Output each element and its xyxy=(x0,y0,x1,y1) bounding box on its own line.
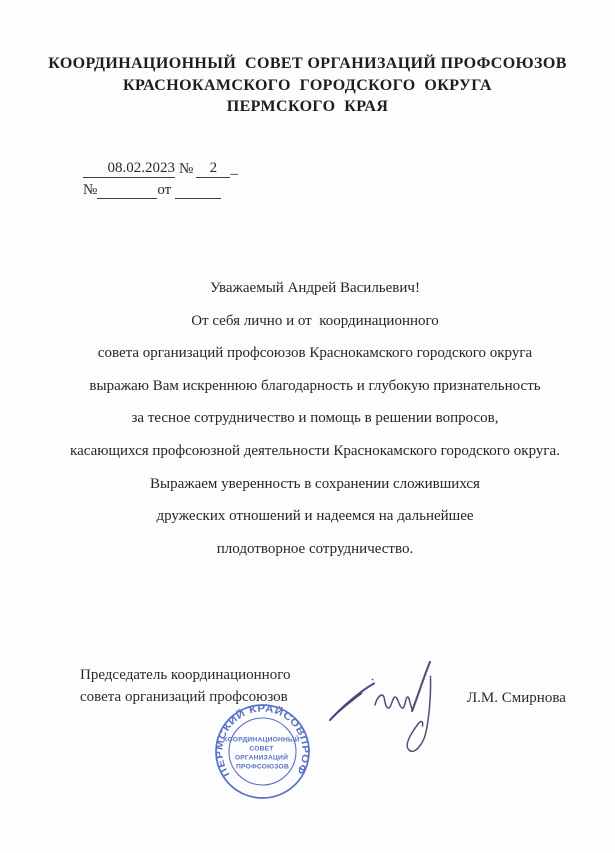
letter-body: Уважаемый Андрей Васильевич! От себя лич… xyxy=(50,272,580,565)
letterhead-line-2: КРАСНОКАМСКОГО ГОРОДСКОГО ОКРУГА xyxy=(0,75,615,97)
reference-row-date: 08.02.2023№2_ xyxy=(83,160,238,181)
number-sign: № xyxy=(179,161,193,178)
closing-position: Председатель координационного совета орг… xyxy=(80,664,290,708)
stamp-center-text: КООРДИНАЦИОННЫЙ СОВЕТ ОРГАНИЗАЦИЙ ПРОФСО… xyxy=(223,735,302,771)
body-line: выражаю Вам искреннюю благодарность и гл… xyxy=(50,370,580,403)
signer-name: Л.М. Смирнова xyxy=(467,690,566,707)
document-number: 2 xyxy=(196,160,230,178)
letterhead-line-1: КООРДИНАЦИОННЫЙ СОВЕТ ОРГАНИЗАЦИЙ ПРОФСО… xyxy=(0,53,615,75)
closing-line-1: Председатель координационного xyxy=(80,664,290,686)
date-value: 08.02.2023 xyxy=(83,160,175,178)
incoming-number-blank xyxy=(97,181,157,199)
reference-block: 08.02.2023№2_ №от xyxy=(83,160,238,202)
stamp-center-line: ПРОФСОЮЗОВ xyxy=(236,764,289,771)
trailing-underscore: _ xyxy=(230,161,238,178)
body-line: плодотворное сотрудничество. xyxy=(50,533,580,566)
stamp-center-line: ОРГАНИЗАЦИЙ xyxy=(235,753,288,762)
signature-dot xyxy=(372,679,374,681)
stamp-center-line: КООРДИНАЦИОННЫЙ xyxy=(223,735,300,744)
body-line: за тесное сотрудничество и помощь в реше… xyxy=(50,402,580,435)
letterhead: КООРДИНАЦИОННЫЙ СОВЕТ ОРГАНИЗАЦИЙ ПРОФСО… xyxy=(0,53,615,118)
reference-row-incoming: №от xyxy=(83,181,238,202)
incoming-number-sign: № xyxy=(83,182,97,199)
signature-dot xyxy=(430,676,432,678)
scanned-letter-page: КООРДИНАЦИОННЫЙ СОВЕТ ОРГАНИЗАЦИЙ ПРОФСО… xyxy=(0,0,615,853)
signature-stroke xyxy=(412,662,430,711)
body-line: касающихся профсоюзной деятельности Крас… xyxy=(50,435,580,468)
body-line: совета организаций профсоюзов Краснокамс… xyxy=(50,337,580,370)
salutation: Уважаемый Андрей Васильевич! xyxy=(50,272,580,305)
handwritten-signature xyxy=(326,648,456,773)
signature-stroke xyxy=(375,695,413,710)
body-line: Выражаем уверенность в сохранении сложив… xyxy=(50,468,580,501)
body-line: дружеских отношений и надеемся на дальне… xyxy=(50,500,580,533)
ot-label: от xyxy=(157,182,171,199)
signature-stroke xyxy=(407,678,430,751)
stamp-center-line: СОВЕТ xyxy=(249,746,274,753)
incoming-date-blank xyxy=(175,181,221,199)
letterhead-line-3: ПЕРМСКОГО КРАЯ xyxy=(0,96,615,118)
round-stamp: ПЕРМСКИЙ КРАЙСОВПРОФ КООРДИНАЦИОННЫЙ СОВ… xyxy=(214,703,311,800)
body-line: От себя лично и от координационного xyxy=(50,305,580,338)
